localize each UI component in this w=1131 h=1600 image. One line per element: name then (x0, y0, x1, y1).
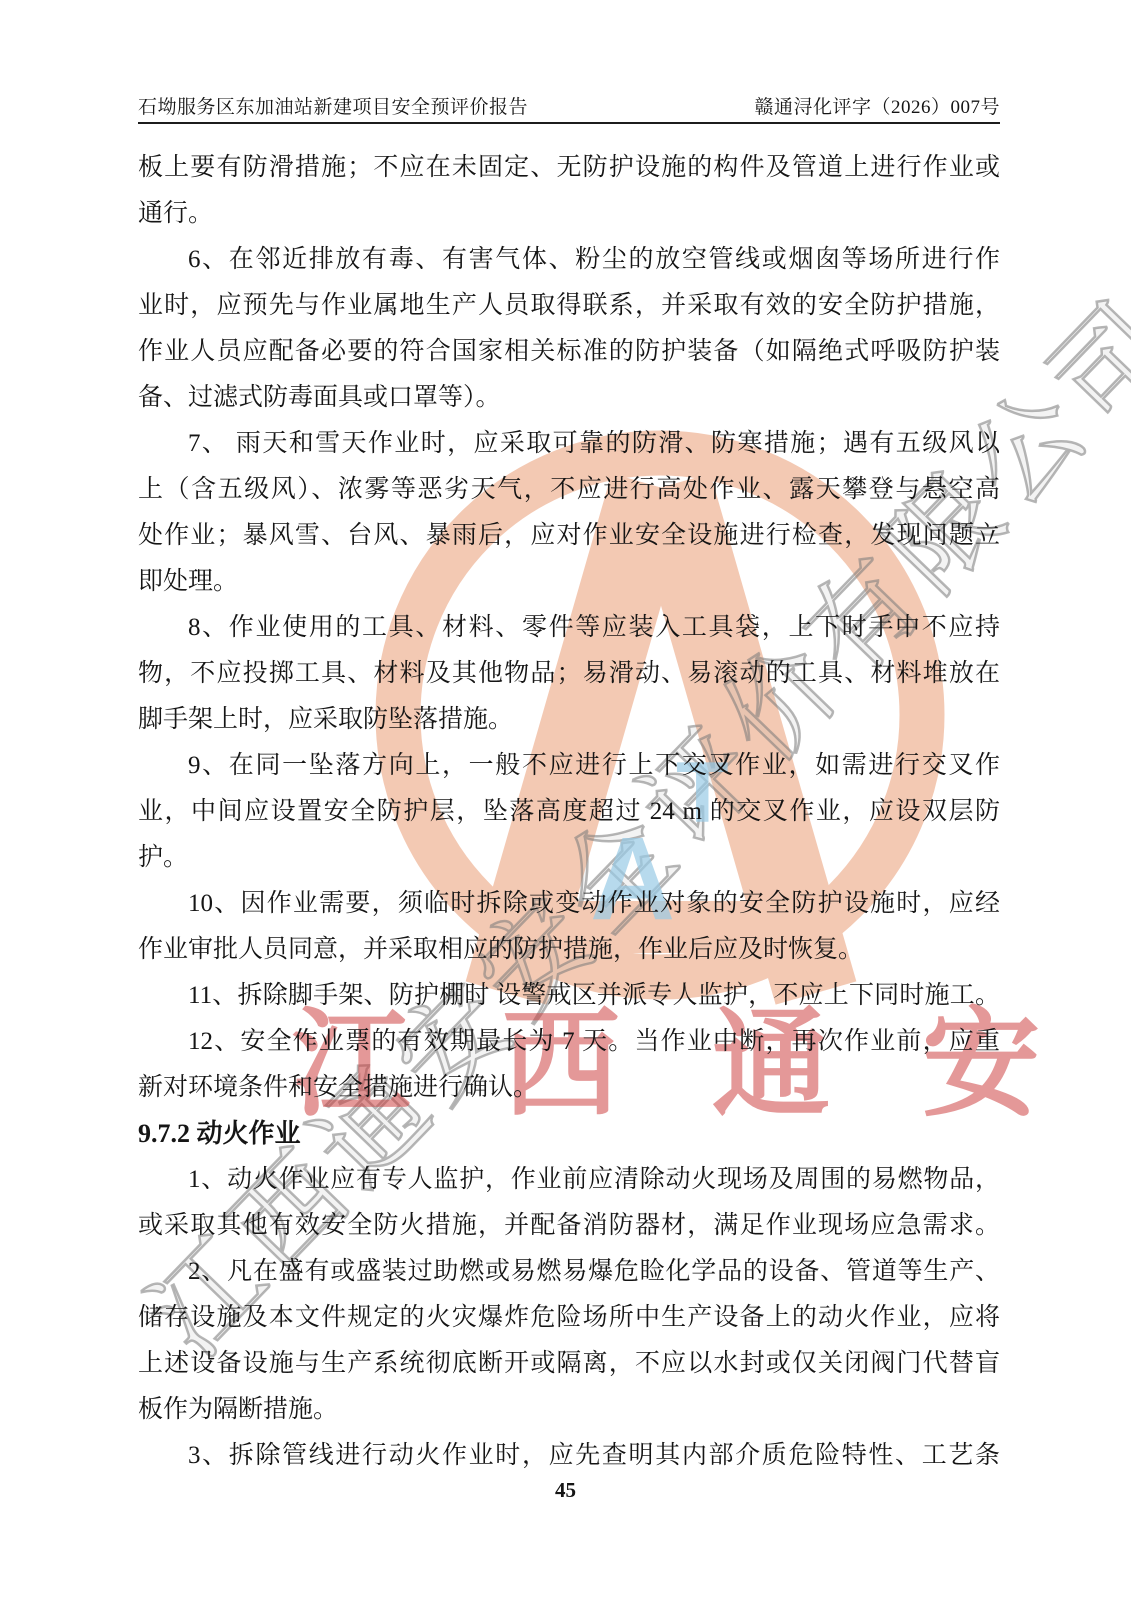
body-line: 8、作业使用的工具、材料、零件等应装入工具袋，上下时手中不应持 (138, 605, 1000, 651)
document-body: 板上要有防滑措施；不应在未固定、无防护设施的构件及管道上进行作业或通行。6、在邻… (138, 145, 1000, 1479)
body-line: 2、凡在盛有或盛装过助燃或易燃易爆危睑化学品的设备、管道等生产、 (138, 1249, 1000, 1295)
body-line: 上述设备设施与生产系统彻底断开或隔离，不应以水封或仅关闭阀门代替盲 (138, 1341, 1000, 1387)
body-line: 通行。 (138, 191, 1000, 237)
header-document-number: 赣通浔化评字（2026）007号 (754, 92, 1000, 119)
body-line: 新对环境条件和安全措施进行确认。 (138, 1065, 1000, 1111)
body-line: 12、安全作业票的有效期最长为 7 天。当作业中断，再次作业前，应重 (138, 1019, 1000, 1065)
body-line: 脚手架上时，应采取防坠落措施。 (138, 697, 1000, 743)
body-line: 作业审批人员同意，并采取相应的防护措施，作业后应及时恢复。 (138, 927, 1000, 973)
body-line: 板作为隔断措施。 (138, 1387, 1000, 1433)
body-line: 7、 雨天和雪天作业时，应采取可靠的防滑、防寒措施；遇有五级风以 (138, 421, 1000, 467)
body-line: 10、因作业需要，须临时拆除或变动作业对象的安全防护设施时，应经 (138, 881, 1000, 927)
body-line: 护。 (138, 835, 1000, 881)
body-line: 作业人员应配备必要的符合国家相关标准的防护装备（如隔绝式呼吸防护装 (138, 329, 1000, 375)
body-line: 备、过滤式防毒面具或口罩等）。 (138, 375, 1000, 421)
page-number: 45 (0, 1478, 1131, 1503)
body-line: 6、在邻近排放有毒、有害气体、粉尘的放空管线或烟囱等场所进行作 (138, 237, 1000, 283)
body-line: 即处理。 (138, 559, 1000, 605)
header-report-title: 石坳服务区东加油站新建项目安全预评价报告 (138, 92, 528, 119)
body-line: 3、拆除管线进行动火作业时，应先查明其内部介质危险特性、工艺条 (138, 1433, 1000, 1479)
section-heading: 9.7.2 动火作业 (138, 1111, 1000, 1157)
body-line: 上（含五级风）、浓雾等恶劣天气，不应进行高处作业、露天攀登与悬空高 (138, 467, 1000, 513)
header-rule (138, 122, 1000, 124)
body-line: 1、动火作业应有专人监护，作业前应清除动火现场及周围的易燃物品， (138, 1157, 1000, 1203)
body-line: 板上要有防滑措施；不应在未固定、无防护设施的构件及管道上进行作业或 (138, 145, 1000, 191)
document-page: 江西通安安全评价有限公司 T A 江西通安 石坳服务区东加油站新建项目安全预评价… (0, 0, 1131, 1600)
body-line: 或采取其他有效安全防火措施，并配备消防器材，满足作业现场应急需求。 (138, 1203, 1000, 1249)
body-line: 储存设施及本文件规定的火灾爆炸危险场所中生产设备上的动火作业，应将 (138, 1295, 1000, 1341)
body-line: 处作业；暴风雪、台风、暴雨后，应对作业安全设施进行检查，发现问题立 (138, 513, 1000, 559)
body-line: 9、在同一坠落方向上，一般不应进行上下交叉作业，如需进行交叉作 (138, 743, 1000, 789)
body-line: 业，中间应设置安全防护层，坠落高度超过 24 m 的交叉作业，应设双层防 (138, 789, 1000, 835)
body-line: 11、拆除脚手架、防护棚时 设警戒区并派专人监护，不应上下同时施工。 (138, 973, 1000, 1019)
page-header: 石坳服务区东加油站新建项目安全预评价报告 赣通浔化评字（2026）007号 (138, 92, 1000, 119)
body-line: 业时，应预先与作业属地生产人员取得联系，并采取有效的安全防护措施， (138, 283, 1000, 329)
body-line: 物，不应投掷工具、材料及其他物品；易滑动、易滚动的工具、材料堆放在 (138, 651, 1000, 697)
